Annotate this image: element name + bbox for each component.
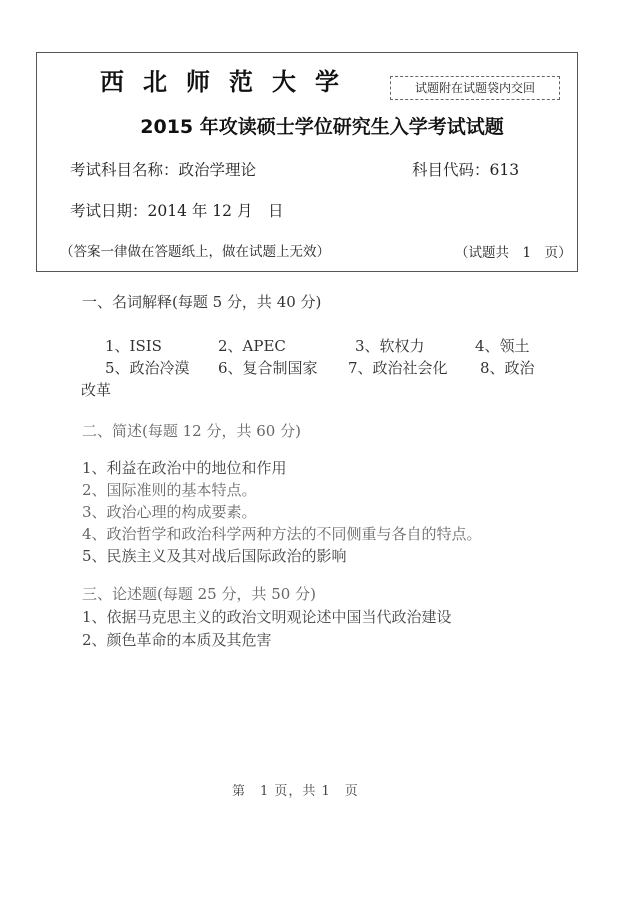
term-item: 1、ISIS — [105, 335, 162, 356]
return-stamp: 试题附在试题袋内交回 — [390, 76, 560, 100]
short-answer-item: 3、政治心理的构成要素。 — [82, 501, 257, 522]
short-answer-item: 4、政治哲学和政治科学两种方法的不同侧重与各自的特点。 — [82, 523, 482, 544]
short-answer-item: 1、利益在政治中的地位和作用 — [82, 457, 287, 478]
section-1-heading: 一、名词解释(每题 5 分，共 40 分) — [82, 291, 321, 312]
short-answer-item: 2、国际准则的基本特点。 — [82, 479, 257, 500]
subject-name: 考试科目名称：政治学理论 — [70, 158, 256, 180]
term-item: 2、APEC — [218, 335, 286, 356]
short-answer-item: 5、民族主义及其对战后国际政治的影响 — [82, 545, 347, 566]
term-item: 8、政治 — [480, 357, 535, 378]
term-item: 5、政治冷漠 — [105, 357, 190, 378]
subject-code: 科目代码：613 — [412, 158, 519, 180]
answer-notice: （答案一律做在答题纸上，做在试题上无效） — [60, 240, 330, 260]
term-item: 3、软权力 — [355, 335, 425, 356]
essay-item: 2、颜色革命的本质及其危害 — [82, 629, 272, 650]
term-item: 6、复合制国家 — [218, 357, 318, 378]
essay-item: 1、依据马克思主义的政治文明观论述中国当代政治建设 — [82, 606, 452, 627]
term-item: 7、政治社会化 — [348, 357, 448, 378]
page-count: （试题共 1 页） — [455, 241, 572, 261]
section-2-heading: 二、简述(每题 12 分，共 60 分) — [82, 420, 301, 441]
term-item: 4、领土 — [475, 335, 530, 356]
university-name: 西北师范大学 — [100, 62, 358, 97]
section-3-heading: 三、论述题(每题 25 分，共 50 分) — [82, 583, 316, 604]
exam-date: 考试日期：2014 年 12 月 日 — [70, 199, 283, 221]
exam-title: 2015 年攻读硕士学位研究生入学考试试题 — [0, 112, 644, 139]
page-footer: 第 1 页，共 1 页 — [232, 780, 359, 799]
term-item: 改革 — [81, 379, 111, 400]
